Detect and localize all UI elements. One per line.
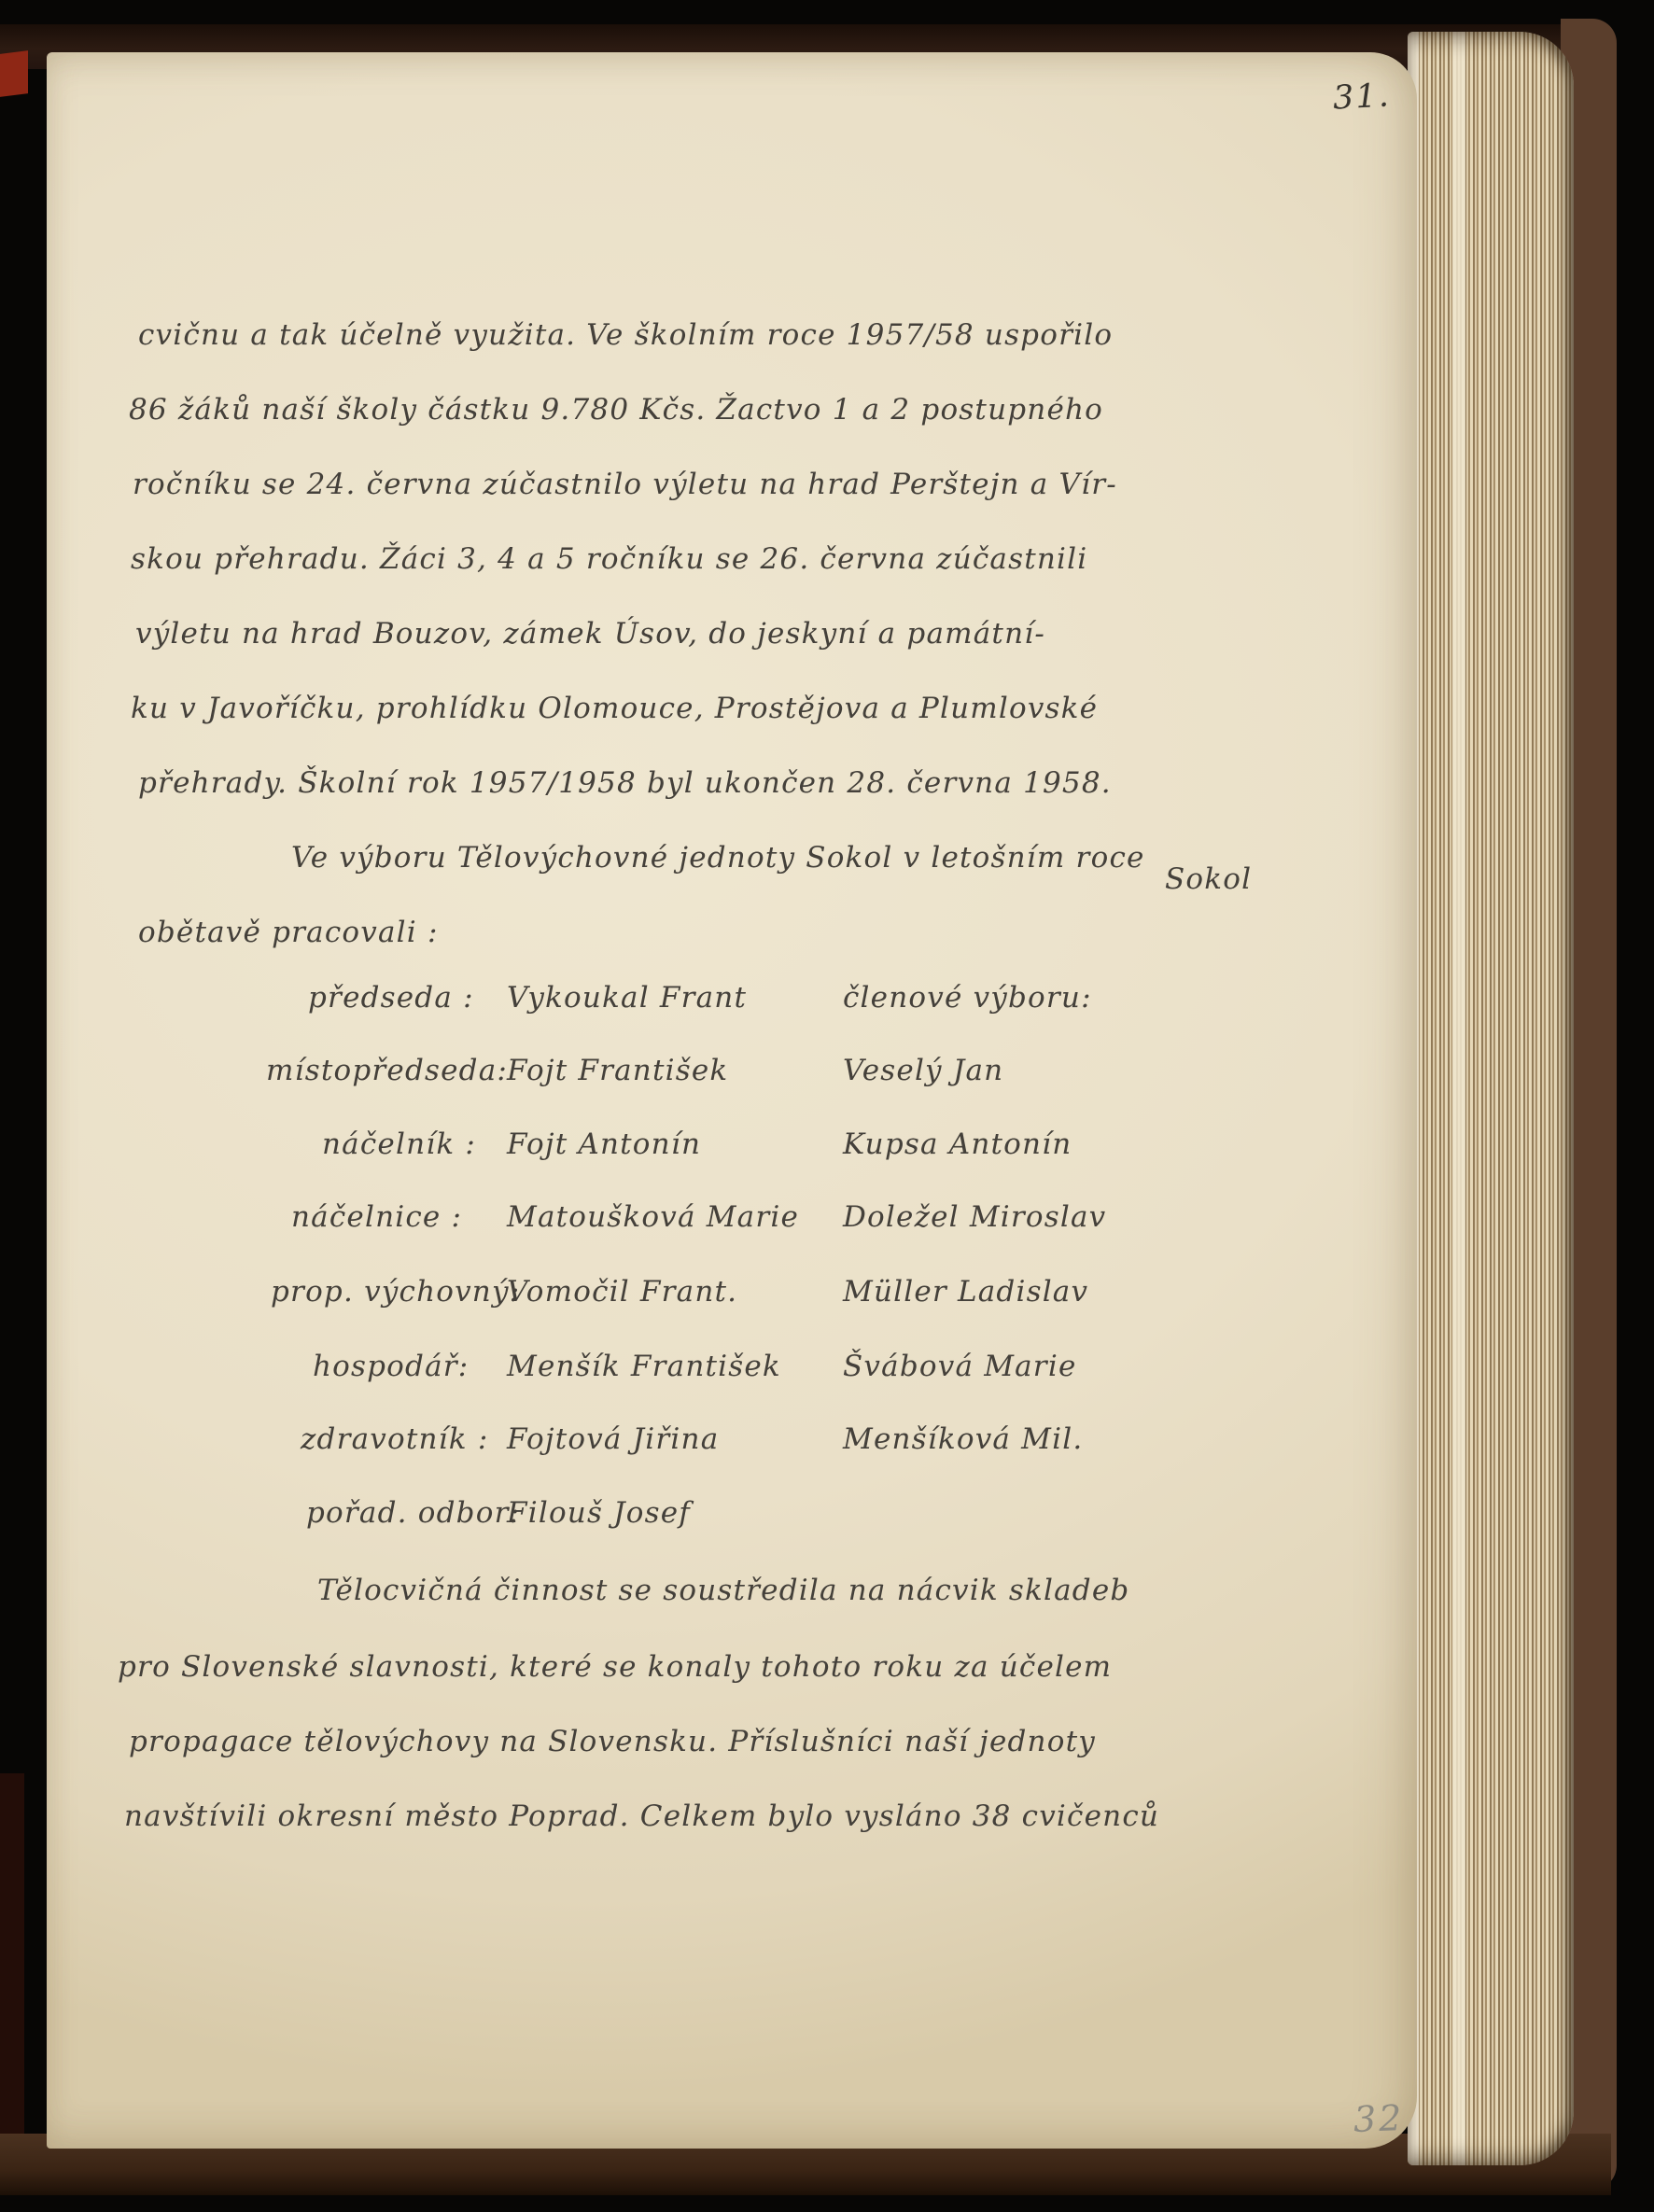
manuscript-line: 86 žáků naší školy částku 9.780 Kčs. Žac… <box>129 393 1103 427</box>
committee-name: Fojt Antonín <box>507 1127 701 1161</box>
committee-role: pořad. odbor: <box>306 1496 520 1530</box>
committee-name: Menšík František <box>507 1350 781 1383</box>
committee-member: Kupsa Antonín <box>843 1127 1072 1161</box>
page-number-bottom: 32 <box>1353 2097 1405 2140</box>
manuscript-line: obětavě pracovali : <box>138 916 439 949</box>
book-page-photo: 31. cvičnu a tak účelně využita. Ve škol… <box>0 0 1654 2212</box>
committee-role: prop. výchovný: <box>271 1275 520 1309</box>
manuscript-line: Tělocvičná činnost se soustředila na nác… <box>317 1574 1129 1607</box>
committee-role: náčelnice : <box>291 1200 462 1234</box>
manuscript-line: skou přehradu. Žáci 3, 4 a 5 ročníku se … <box>131 542 1087 576</box>
committee-name: Matoušková Marie <box>507 1200 799 1234</box>
committee-name: Vykoukal Frant <box>507 981 747 1015</box>
committee-row: pořad. odbor: Filouš Josef <box>47 1496 1417 1537</box>
margin-note-sokol: Sokol <box>1165 862 1252 896</box>
committee-member: Doležel Miroslav <box>843 1200 1106 1234</box>
manuscript-line: ku v Javoříčku, prohlídku Olomouce, Pros… <box>131 692 1098 725</box>
chronicle-page: 31. cvičnu a tak účelně využita. Ve škol… <box>47 52 1417 2149</box>
committee-row: náčelnice : Matoušková Marie Doležel Mir… <box>47 1200 1417 1241</box>
committee-row: předseda : Vykoukal Frant členové výboru… <box>47 981 1417 1022</box>
page-stack-edges <box>1408 32 1574 2165</box>
manuscript-line: výletu na hrad Bouzov, zámek Úsov, do je… <box>135 617 1045 651</box>
committee-name: Fojtová Jiřina <box>507 1422 719 1456</box>
committee-name: Vomočil Frant. <box>507 1275 737 1309</box>
committee-name: Fojt František <box>507 1054 728 1087</box>
committee-row: prop. výchovný: Vomočil Frant. Müller La… <box>47 1275 1417 1316</box>
committee-role: hospodář: <box>313 1350 469 1383</box>
committee-row: náčelník : Fojt Antonín Kupsa Antonín <box>47 1127 1417 1169</box>
committee-member: Menšíková Mil. <box>843 1422 1083 1456</box>
manuscript-line: Ve výboru Tělovýchovné jednoty Sokol v l… <box>291 841 1145 875</box>
committee-row: hospodář: Menšík František Švábová Marie <box>47 1350 1417 1391</box>
committee-member: Müller Ladislav <box>843 1275 1088 1309</box>
manuscript-line: ročníku se 24. června zúčastnilo výletu … <box>133 468 1117 501</box>
manuscript-line: pro Slovenské slavnosti, které se konaly… <box>118 1650 1112 1684</box>
committee-member: Veselý Jan <box>843 1054 1003 1087</box>
committee-row: místopředseda: Fojt František Veselý Jan <box>47 1054 1417 1095</box>
book-spine-red-sliver <box>0 50 28 97</box>
manuscript-line: propagace tělovýchovy na Slovensku. Přís… <box>129 1725 1096 1758</box>
committee-role: místopředseda: <box>266 1054 508 1087</box>
manuscript-text: 31. cvičnu a tak účelně využita. Ve škol… <box>47 52 1417 2149</box>
book-spine-left-edge <box>0 1773 24 2156</box>
committee-role: předseda : <box>308 981 474 1015</box>
manuscript-line: navštívili okresní město Poprad. Celkem … <box>124 1799 1159 1833</box>
manuscript-line: přehrady. Školní rok 1957/1958 byl ukonč… <box>138 766 1112 800</box>
page-number-top: 31. <box>1332 77 1392 117</box>
committee-name: Filouš Josef <box>507 1496 691 1530</box>
committee-row: zdravotník : Fojtová Jiřina Menšíková Mi… <box>47 1422 1417 1463</box>
committee-role: zdravotník : <box>301 1422 488 1456</box>
manuscript-line: cvičnu a tak účelně využita. Ve školním … <box>138 318 1113 352</box>
committee-role: náčelník : <box>322 1127 476 1161</box>
committee-member: členové výboru: <box>843 981 1092 1015</box>
committee-member: Švábová Marie <box>843 1350 1077 1383</box>
